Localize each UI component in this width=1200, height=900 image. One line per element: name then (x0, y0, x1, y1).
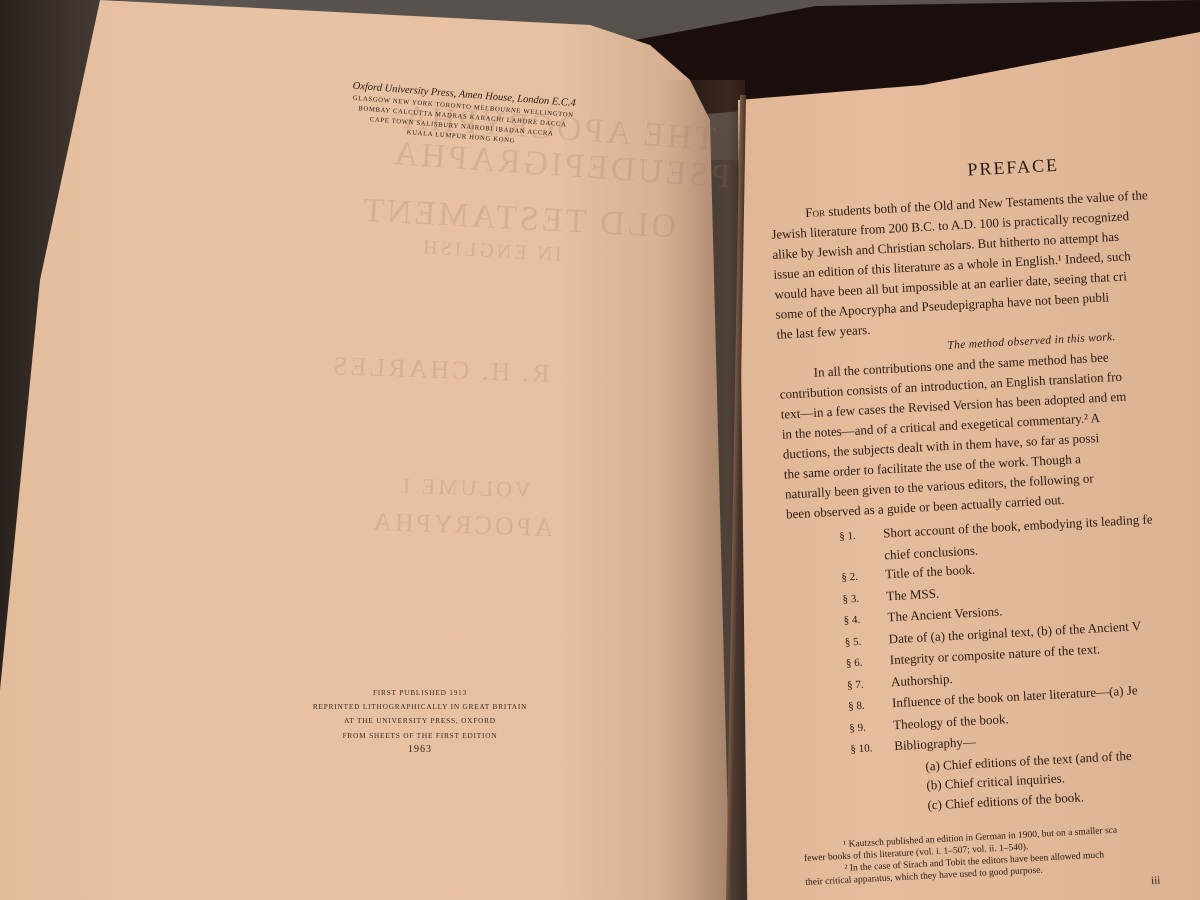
section-text: Authorship. (891, 671, 953, 689)
colophon-line: REPRINTED LITHOGRAPHICALLY IN GREAT BRIT… (290, 700, 550, 714)
section-text: The MSS. (886, 585, 939, 603)
method-paragraph: In all the contributions one and the sam… (778, 340, 1200, 524)
colophon: FIRST PUBLISHED 1913 REPRINTED LITHOGRAP… (290, 686, 550, 757)
colophon-line: FROM SHEETS OF THE FIRST EDITION (290, 729, 550, 743)
colophon-year: 1963 (290, 743, 550, 757)
preface-content: PREFACE For students both of the Old and… (768, 145, 1200, 900)
lead-word: For (805, 204, 825, 220)
ghost-line: APOCRYPHA (370, 507, 554, 543)
colophon-line: AT THE UNIVERSITY PRESS, OXFORD (290, 714, 550, 728)
colophon-line: FIRST PUBLISHED 1913 (290, 686, 550, 700)
ghost-line: VOLUME I (400, 473, 532, 504)
section-list: § 1.Short account of the book, embodying… (787, 504, 1200, 821)
section-text: Theology of the book. (893, 711, 1009, 732)
intro-paragraph: For students both of the Old and New Tes… (770, 180, 1200, 344)
section-text: Bibliography— (894, 734, 976, 753)
section-text: The Ancient Versions. (887, 603, 1003, 624)
section-text: Title of the book. (885, 562, 975, 582)
